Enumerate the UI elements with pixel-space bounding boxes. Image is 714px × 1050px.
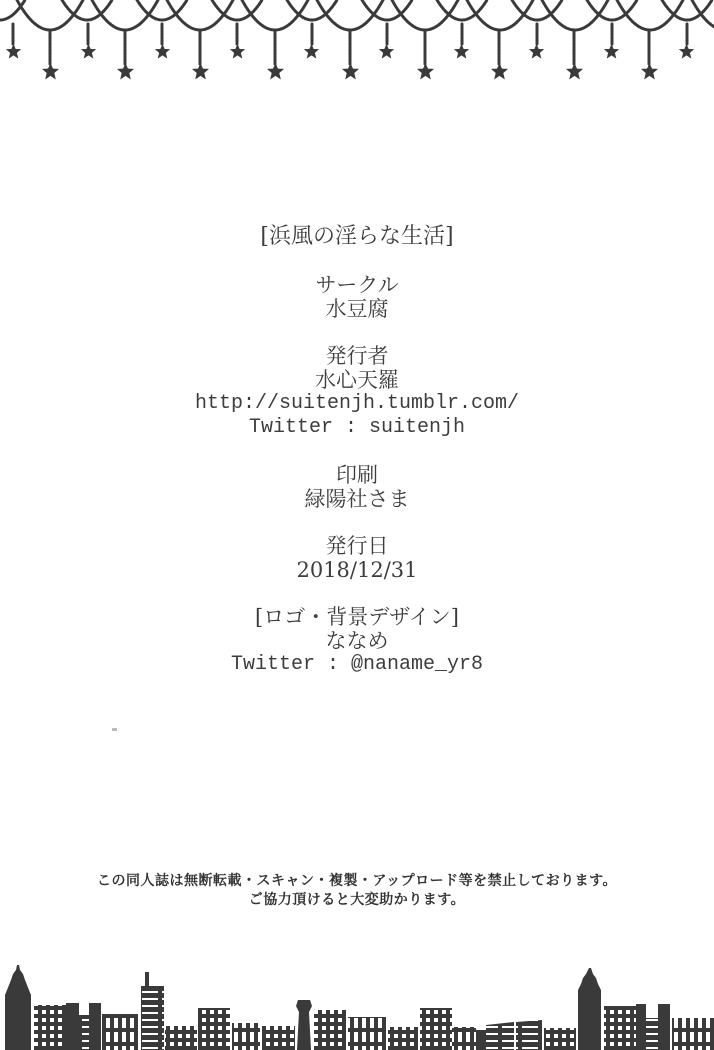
city-skyline-decoration — [0, 960, 714, 1050]
designer-twitter: Twitter : @naname_yr8 — [0, 653, 714, 677]
circle-label: サークル — [0, 273, 714, 297]
printer-name: 緑陽社さま — [0, 487, 714, 511]
publisher-url: http://suitenjh.tumblr.com/ — [0, 392, 714, 416]
publisher-twitter: Twitter : suitenjh — [0, 416, 714, 440]
date-label: 発行日 — [0, 534, 714, 558]
printer-label: 印刷 — [0, 463, 714, 487]
colophon: [浜風の淫らな生活] サークル 水豆腐 発行者 水心天羅 http://suit… — [0, 224, 714, 677]
publisher-name: 水心天羅 — [0, 368, 714, 392]
circle-name: 水豆腐 — [0, 297, 714, 321]
copyright-notice: この同人誌は無断転載・スキャン・複製・アップロード等を禁止しております。 ご協力… — [0, 872, 714, 910]
notice-line-1: この同人誌は無断転載・スキャン・複製・アップロード等を禁止しております。 — [0, 872, 714, 891]
scan-speck — [112, 728, 117, 731]
star-garland-decoration — [0, 0, 714, 90]
notice-line-2: ご協力頂けると大変助かります。 — [0, 891, 714, 910]
book-title: [浜風の淫らな生活] — [0, 224, 714, 250]
designer-name: ななめ — [0, 629, 714, 653]
publisher-label: 発行者 — [0, 344, 714, 368]
design-credit-label: [ロゴ・背景デザイン] — [0, 605, 714, 629]
publish-date: 2018/12/31 — [0, 558, 714, 582]
